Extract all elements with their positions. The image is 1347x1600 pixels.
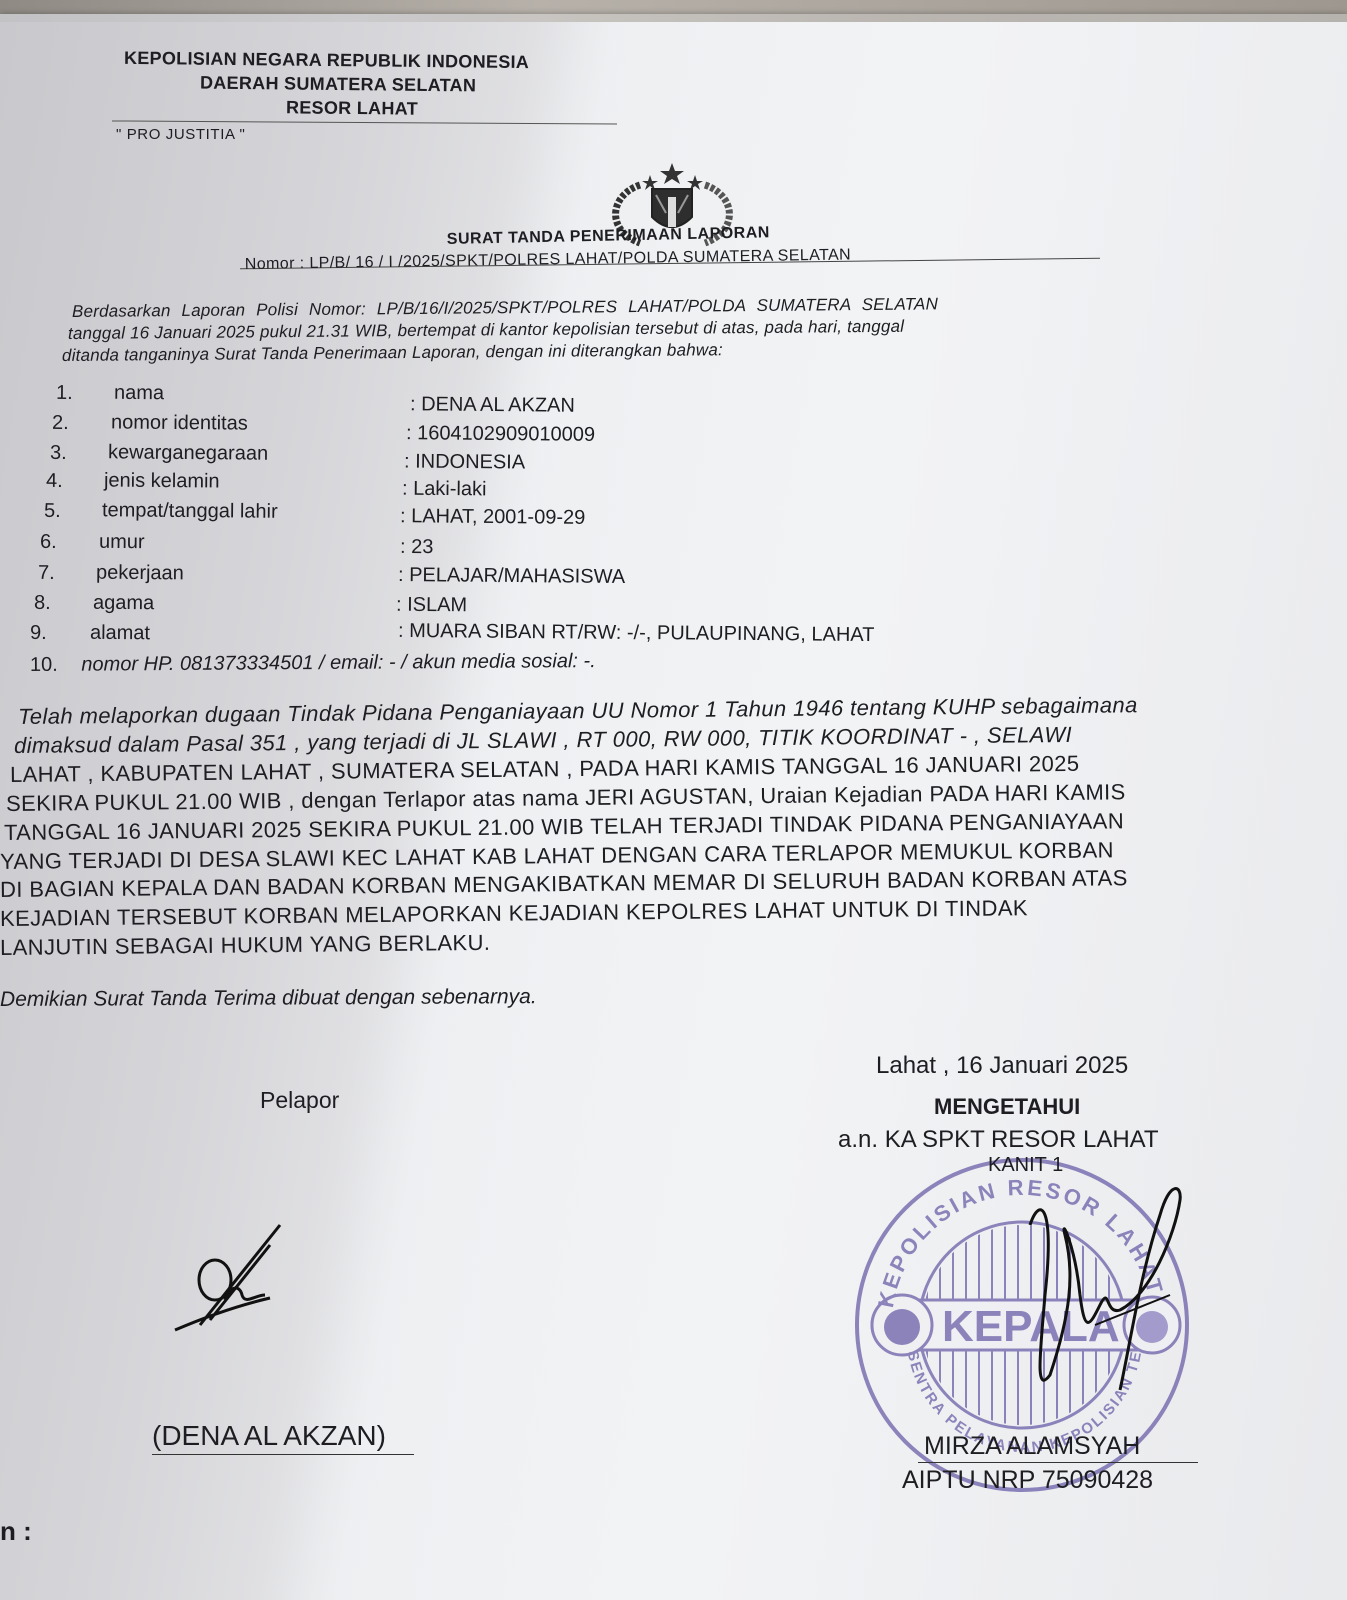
- pro-justitia: " PRO JUSTITIA ": [116, 126, 245, 143]
- field-value: : INDONESIA: [404, 450, 525, 474]
- field-number: 10.: [30, 654, 58, 676]
- place-date: Lahat , 16 Januari 2025: [876, 1052, 1128, 1080]
- field-label: umur: [99, 531, 145, 554]
- field-number: 9.: [30, 622, 47, 645]
- field-number: 6.: [40, 531, 57, 554]
- officer-nrp: AIPTU NRP 75090428: [902, 1466, 1153, 1495]
- footer-fragment: n :: [0, 1516, 32, 1547]
- closing-statement: Demikian Surat Tanda Terima dibuat denga…: [0, 985, 537, 1012]
- field-value: : DENA AL AKZAN: [410, 393, 575, 417]
- field-label: alamat: [90, 622, 150, 646]
- field-number: 4.: [46, 470, 63, 493]
- pelapor-underline: [152, 1454, 414, 1455]
- field-number: 5.: [44, 500, 61, 523]
- mengetahui-label: MENGETAHUI: [934, 1094, 1080, 1120]
- field-label: agama: [93, 592, 154, 616]
- officer-signature-icon: [1000, 1175, 1200, 1405]
- on-behalf-label: a.n. KA SPKT RESOR LAHAT: [838, 1126, 1159, 1154]
- officer-name: MIRZA ALAMSYAH: [924, 1432, 1140, 1461]
- field-value: : MUARA SIBAN RT/RW: -/-, PULAUPINANG, L…: [398, 620, 875, 647]
- kanit-label: KANIT 1: [988, 1154, 1063, 1177]
- field-contact: 10. nomor HP. 081373334501 / email: - / …: [30, 650, 596, 677]
- reporter-signature-icon: [170, 1220, 300, 1340]
- field-label: jenis kelamin: [104, 469, 220, 493]
- header-resor: RESOR LAHAT: [286, 97, 418, 119]
- field-number: 7.: [38, 562, 55, 585]
- field-label: tempat/tanggal lahir: [102, 499, 278, 524]
- field-label: nomor identitas: [111, 411, 248, 435]
- field-number: 3.: [50, 442, 67, 465]
- pelapor-name: (DENA AL AKZAN): [152, 1420, 386, 1452]
- field-value: : LAHAT, 2001-09-29: [400, 505, 585, 530]
- field-label: kewarganegaraan: [108, 441, 268, 465]
- field-number: 2.: [52, 412, 69, 435]
- field-contact-text: nomor HP. 081373334501 / email: - / akun…: [81, 650, 596, 676]
- field-value: : 23: [400, 535, 434, 558]
- field-value: : PELAJAR/MAHASISWA: [398, 564, 625, 589]
- header-institution: KEPOLISIAN NEGARA REPUBLIK INDONESIA: [124, 48, 529, 73]
- officer-name-underline: [918, 1462, 1198, 1463]
- field-value: : ISLAM: [396, 593, 467, 617]
- field-number: 8.: [34, 592, 51, 615]
- report-body-line: LANJUTIN SEBAGAI HUKUM YANG BERLAKU.: [0, 930, 490, 961]
- field-value: : 1604102909010009: [406, 422, 595, 447]
- field-number: 1.: [56, 382, 73, 405]
- pelapor-label: Pelapor: [260, 1087, 339, 1114]
- field-label: pekerjaan: [96, 562, 184, 586]
- field-value: : Laki-laki: [402, 477, 487, 501]
- field-label: nama: [114, 382, 164, 405]
- header-region: DAERAH SUMATERA SELATAN: [200, 73, 476, 97]
